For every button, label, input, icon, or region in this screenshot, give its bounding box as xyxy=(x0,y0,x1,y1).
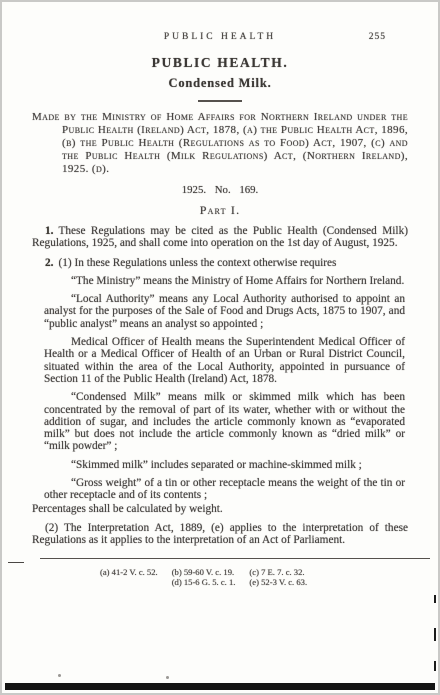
definition-medical-officer: Medical Officer of Health means the Supe… xyxy=(44,336,405,385)
definition-condensed-milk: “Condensed Milk” means milk or skimmed m… xyxy=(44,391,405,452)
scan-speck xyxy=(58,674,61,677)
footnote-column-2: (b) 59-60 V. c. 19. (d) 15-6 G. 5. c. 1. xyxy=(172,567,236,588)
footnote-a: (a) 41-2 V. c. 52. xyxy=(100,567,158,578)
regulation-2-1-text: (1) In these Regulations unless the cont… xyxy=(58,257,336,269)
scan-edge-artifact xyxy=(434,661,437,671)
scan-edge-artifact xyxy=(434,628,437,641)
footnote-rule-left-dash xyxy=(8,562,24,563)
percentages-line: Percentages shall be calculated by weigh… xyxy=(32,503,408,515)
running-header: PUBLIC HEALTH 255 xyxy=(32,32,408,42)
definition-the-ministry: “The Ministry” means the Ministry of Hom… xyxy=(44,275,405,287)
definition-gross-weight: “Gross weight” of a tin or other recepta… xyxy=(44,477,405,502)
statute-number-line: 1925. No. 169. xyxy=(32,184,408,196)
regulation-1: 1.These Regulations may be cited as the … xyxy=(32,225,408,250)
scan-speck xyxy=(166,676,169,679)
page-content: PUBLIC HEALTH 255 PUBLIC HEALTH. Condens… xyxy=(2,2,438,588)
footnote-e: (e) 52-3 V. c. 63. xyxy=(249,577,307,588)
scan-edge-artifact xyxy=(434,595,437,603)
definition-skimmed-milk: “Skimmed milk” includes separated or mac… xyxy=(44,459,405,471)
footnote-c: (c) 7 E. 7. c. 32. xyxy=(249,567,307,578)
footnote-column-3: (c) 7 E. 7. c. 32. (e) 52-3 V. c. 63. xyxy=(249,567,307,588)
title-rule xyxy=(198,100,242,102)
page-number: 255 xyxy=(369,32,386,42)
definition-local-authority: “Local Authority” means any Local Author… xyxy=(44,293,405,330)
footnote-rule-line xyxy=(40,558,430,559)
regulation-1-number: 1. xyxy=(45,225,58,237)
preamble: Made by the Ministry of Home Affairs for… xyxy=(32,111,408,176)
footnote-b: (b) 59-60 V. c. 19. xyxy=(172,567,236,578)
regulation-2-number: 2. xyxy=(45,257,58,269)
regulation-2-1: 2.(1) In these Regulations unless the co… xyxy=(32,257,408,269)
running-header-title: PUBLIC HEALTH xyxy=(164,32,276,42)
scan-bottom-edge xyxy=(5,683,435,690)
footnote-rule xyxy=(32,558,408,564)
regulation-1-text: These Regulations may be cited as the Pu… xyxy=(32,225,408,249)
footnote-column-1: (a) 41-2 V. c. 52. xyxy=(100,567,158,588)
part-heading: Part I. xyxy=(32,203,408,218)
footnotes: (a) 41-2 V. c. 52. (b) 59-60 V. c. 19. (… xyxy=(100,567,408,588)
scanned-page: PUBLIC HEALTH 255 PUBLIC HEALTH. Condens… xyxy=(0,0,440,695)
doc-subtitle: Condensed Milk. xyxy=(32,76,408,91)
regulation-2-2-interpretation: (2) The Interpretation Act, 1889, (e) ap… xyxy=(32,522,408,547)
footnote-d: (d) 15-6 G. 5. c. 1. xyxy=(172,577,236,588)
doc-title: PUBLIC HEALTH. xyxy=(32,55,408,71)
